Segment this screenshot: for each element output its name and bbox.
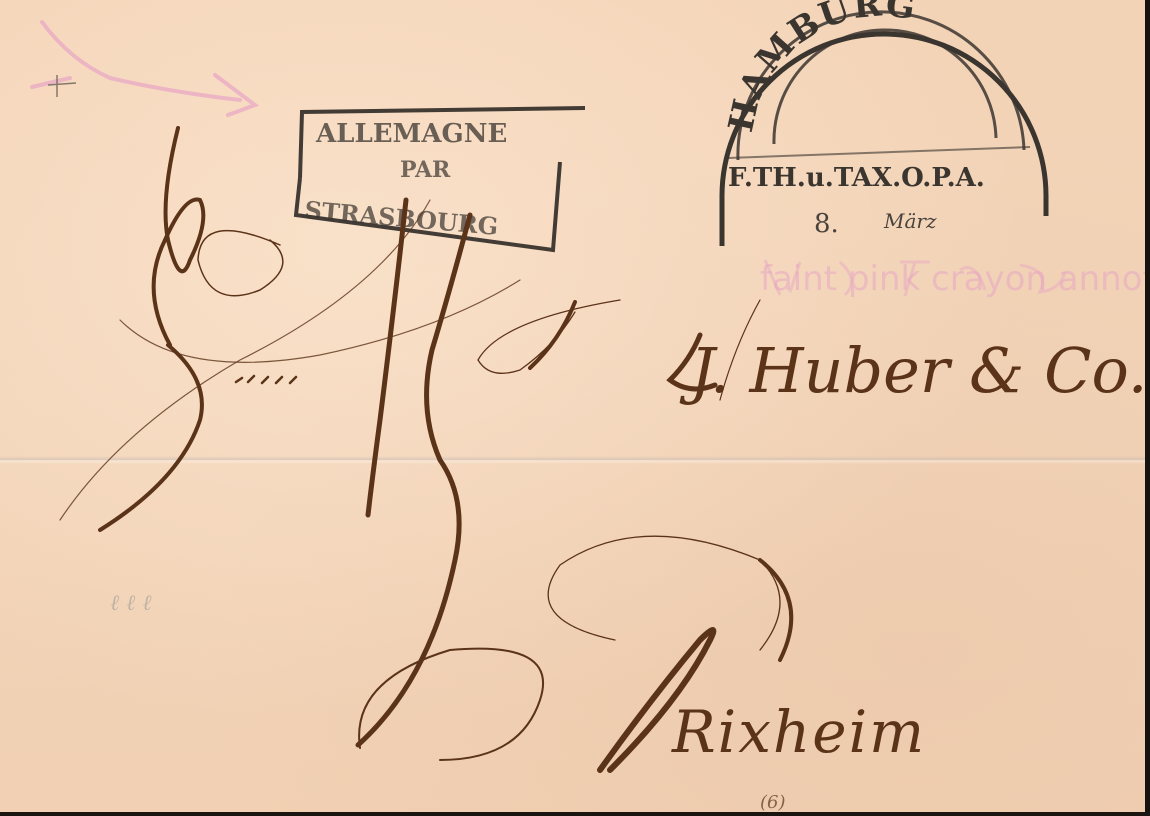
destination-town: Rixheim: [671, 698, 926, 766]
postmark-city: HAMBURG: [721, 0, 920, 136]
stamp-line-1: ALLEMAGNE: [315, 119, 507, 149]
postmark-route: F.TH.u.TAX.O.P.A.: [728, 163, 985, 193]
stamp-line-2: PAR: [400, 157, 451, 183]
cover-markings: HAMBURG F.TH.u.TAX.O.P.A. 8. März ALLEMA…: [0, 0, 1150, 816]
bottom-mark: (6): [760, 792, 786, 813]
postmark-month: März: [883, 209, 937, 233]
scan-edge-bottom: [0, 812, 1150, 816]
pink-annotation: faint pink crayon annotation: [760, 259, 1150, 299]
scan-edge-right: [1145, 0, 1150, 816]
postmark-day: 8.: [814, 209, 839, 239]
allemagne-par-strasbourg-stamp: ALLEMAGNE PAR STRASBOURG: [296, 108, 585, 250]
svg-text:HAMBURG: HAMBURG: [721, 0, 920, 136]
manuscript-rate-15: [358, 200, 543, 760]
addressee-name: J. Huber & Co.: [679, 334, 1147, 407]
postal-cover: HAMBURG F.TH.u.TAX.O.P.A. 8. März ALLEMA…: [0, 0, 1150, 816]
salutation-herrn: [60, 128, 520, 530]
hamburg-postmark: HAMBURG F.TH.u.TAX.O.P.A. 8. März: [721, 0, 1046, 246]
pencil-note: ℓ ℓ ℓ: [110, 591, 152, 616]
pink-crayon-arrow: [32, 22, 255, 115]
